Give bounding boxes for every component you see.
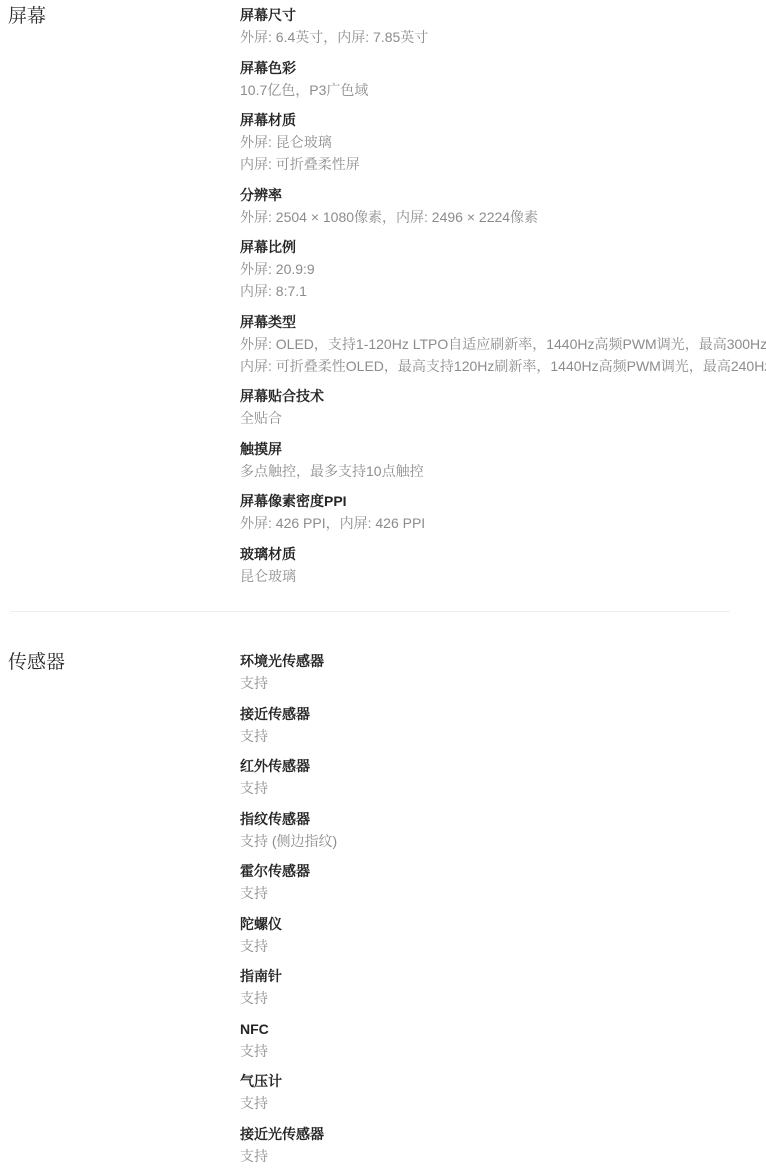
spec-label: NFC — [240, 1018, 736, 1040]
spec-value: 多点触控，最多支持10点触控 — [240, 460, 736, 482]
spec-value: 支持 — [240, 1145, 736, 1167]
spec-item: 接近光传感器支持 — [240, 1123, 736, 1167]
spec-item: 分辨率外屏: 2504 × 1080像素，内屏: 2496 × 2224像素 — [240, 184, 736, 228]
spec-label: 玻璃材质 — [240, 543, 736, 565]
section-title: 屏幕 — [0, 4, 240, 30]
spec-label: 屏幕色彩 — [240, 57, 736, 79]
spec-item: 玻璃材质昆仑玻璃 — [240, 543, 736, 587]
spec-item: 屏幕比例外屏: 20.9:9内屏: 8:7.1 — [240, 236, 736, 302]
spec-value: 支持 — [240, 1040, 736, 1062]
spec-item: 气压计支持 — [240, 1070, 736, 1114]
spec-label: 屏幕比例 — [240, 236, 736, 258]
spec-value: 支持 — [240, 935, 736, 957]
spec-value: 外屏: 昆仑玻璃 — [240, 131, 736, 153]
spec-page: 屏幕屏幕尺寸外屏: 6.4英寸，内屏: 7.85英寸屏幕色彩10.7亿色，P3广… — [0, 0, 766, 1174]
spec-value: 支持 — [240, 1092, 736, 1114]
spec-value: 支持 — [240, 777, 736, 799]
spec-item: 屏幕像素密度PPI外屏: 426 PPI，内屏: 426 PPI — [240, 490, 736, 534]
spec-label: 气压计 — [240, 1070, 736, 1092]
section-divider — [10, 611, 730, 612]
section-content: 屏幕尺寸外屏: 6.4英寸，内屏: 7.85英寸屏幕色彩10.7亿色，P3广色域… — [240, 4, 766, 595]
section-content: 环境光传感器支持接近传感器支持红外传感器支持指纹传感器支持 (侧边指纹)霍尔传感… — [240, 650, 766, 1174]
spec-item: 触摸屏多点触控，最多支持10点触控 — [240, 438, 736, 482]
spec-item: 接近传感器支持 — [240, 703, 736, 747]
spec-item: 红外传感器支持 — [240, 755, 736, 799]
spec-label: 环境光传感器 — [240, 650, 736, 672]
spec-label: 分辨率 — [240, 184, 736, 206]
spec-value: 外屏: OLED，支持1-120Hz LTPO自适应刷新率，1440Hz高频PW… — [240, 333, 736, 355]
spec-label: 霍尔传感器 — [240, 860, 736, 882]
spec-value: 昆仑玻璃 — [240, 565, 736, 587]
spec-value: 支持 (侧边指纹) — [240, 830, 736, 852]
spec-value: 支持 — [240, 987, 736, 1009]
spec-label: 触摸屏 — [240, 438, 736, 460]
section-title: 传感器 — [0, 650, 240, 676]
spec-section: 传感器环境光传感器支持接近传感器支持红外传感器支持指纹传感器支持 (侧边指纹)霍… — [0, 650, 766, 1174]
spec-label: 指南针 — [240, 965, 736, 987]
spec-value: 外屏: 2504 × 1080像素，内屏: 2496 × 2224像素 — [240, 206, 736, 228]
spec-item: 环境光传感器支持 — [240, 650, 736, 694]
spec-item: 指纹传感器支持 (侧边指纹) — [240, 808, 736, 852]
spec-value: 内屏: 8:7.1 — [240, 280, 736, 302]
spec-item: 屏幕尺寸外屏: 6.4英寸，内屏: 7.85英寸 — [240, 4, 736, 48]
spec-item: 陀螺仪支持 — [240, 913, 736, 957]
spec-value: 外屏: 20.9:9 — [240, 258, 736, 280]
spec-value: 外屏: 6.4英寸，内屏: 7.85英寸 — [240, 26, 736, 48]
spec-label: 屏幕材质 — [240, 109, 736, 131]
spec-label: 屏幕像素密度PPI — [240, 490, 736, 512]
spec-item: 屏幕贴合技术全贴合 — [240, 385, 736, 429]
spec-value: 10.7亿色，P3广色域 — [240, 79, 736, 101]
spec-label: 接近传感器 — [240, 703, 736, 725]
spec-label: 指纹传感器 — [240, 808, 736, 830]
spec-item: 屏幕材质外屏: 昆仑玻璃内屏: 可折叠柔性屏 — [240, 109, 736, 175]
spec-label: 接近光传感器 — [240, 1123, 736, 1145]
spec-item: 霍尔传感器支持 — [240, 860, 736, 904]
spec-label: 屏幕类型 — [240, 311, 736, 333]
spec-label: 陀螺仪 — [240, 913, 736, 935]
spec-label: 屏幕尺寸 — [240, 4, 736, 26]
spec-value: 支持 — [240, 672, 736, 694]
spec-label: 屏幕贴合技术 — [240, 385, 736, 407]
spec-item: NFC支持 — [240, 1018, 736, 1062]
spec-item: 屏幕色彩10.7亿色，P3广色域 — [240, 57, 736, 101]
spec-item: 指南针支持 — [240, 965, 736, 1009]
spec-section: 屏幕屏幕尺寸外屏: 6.4英寸，内屏: 7.85英寸屏幕色彩10.7亿色，P3广… — [0, 4, 766, 595]
spec-label: 红外传感器 — [240, 755, 736, 777]
spec-value: 全贴合 — [240, 407, 736, 429]
spec-item: 屏幕类型外屏: OLED，支持1-120Hz LTPO自适应刷新率，1440Hz… — [240, 311, 736, 377]
spec-value: 内屏: 可折叠柔性OLED，最高支持120Hz刷新率，1440Hz高频PWM调光… — [240, 355, 736, 377]
spec-value: 支持 — [240, 725, 736, 747]
spec-value: 支持 — [240, 882, 736, 904]
spec-value: 外屏: 426 PPI，内屏: 426 PPI — [240, 512, 736, 534]
spec-value: 内屏: 可折叠柔性屏 — [240, 153, 736, 175]
